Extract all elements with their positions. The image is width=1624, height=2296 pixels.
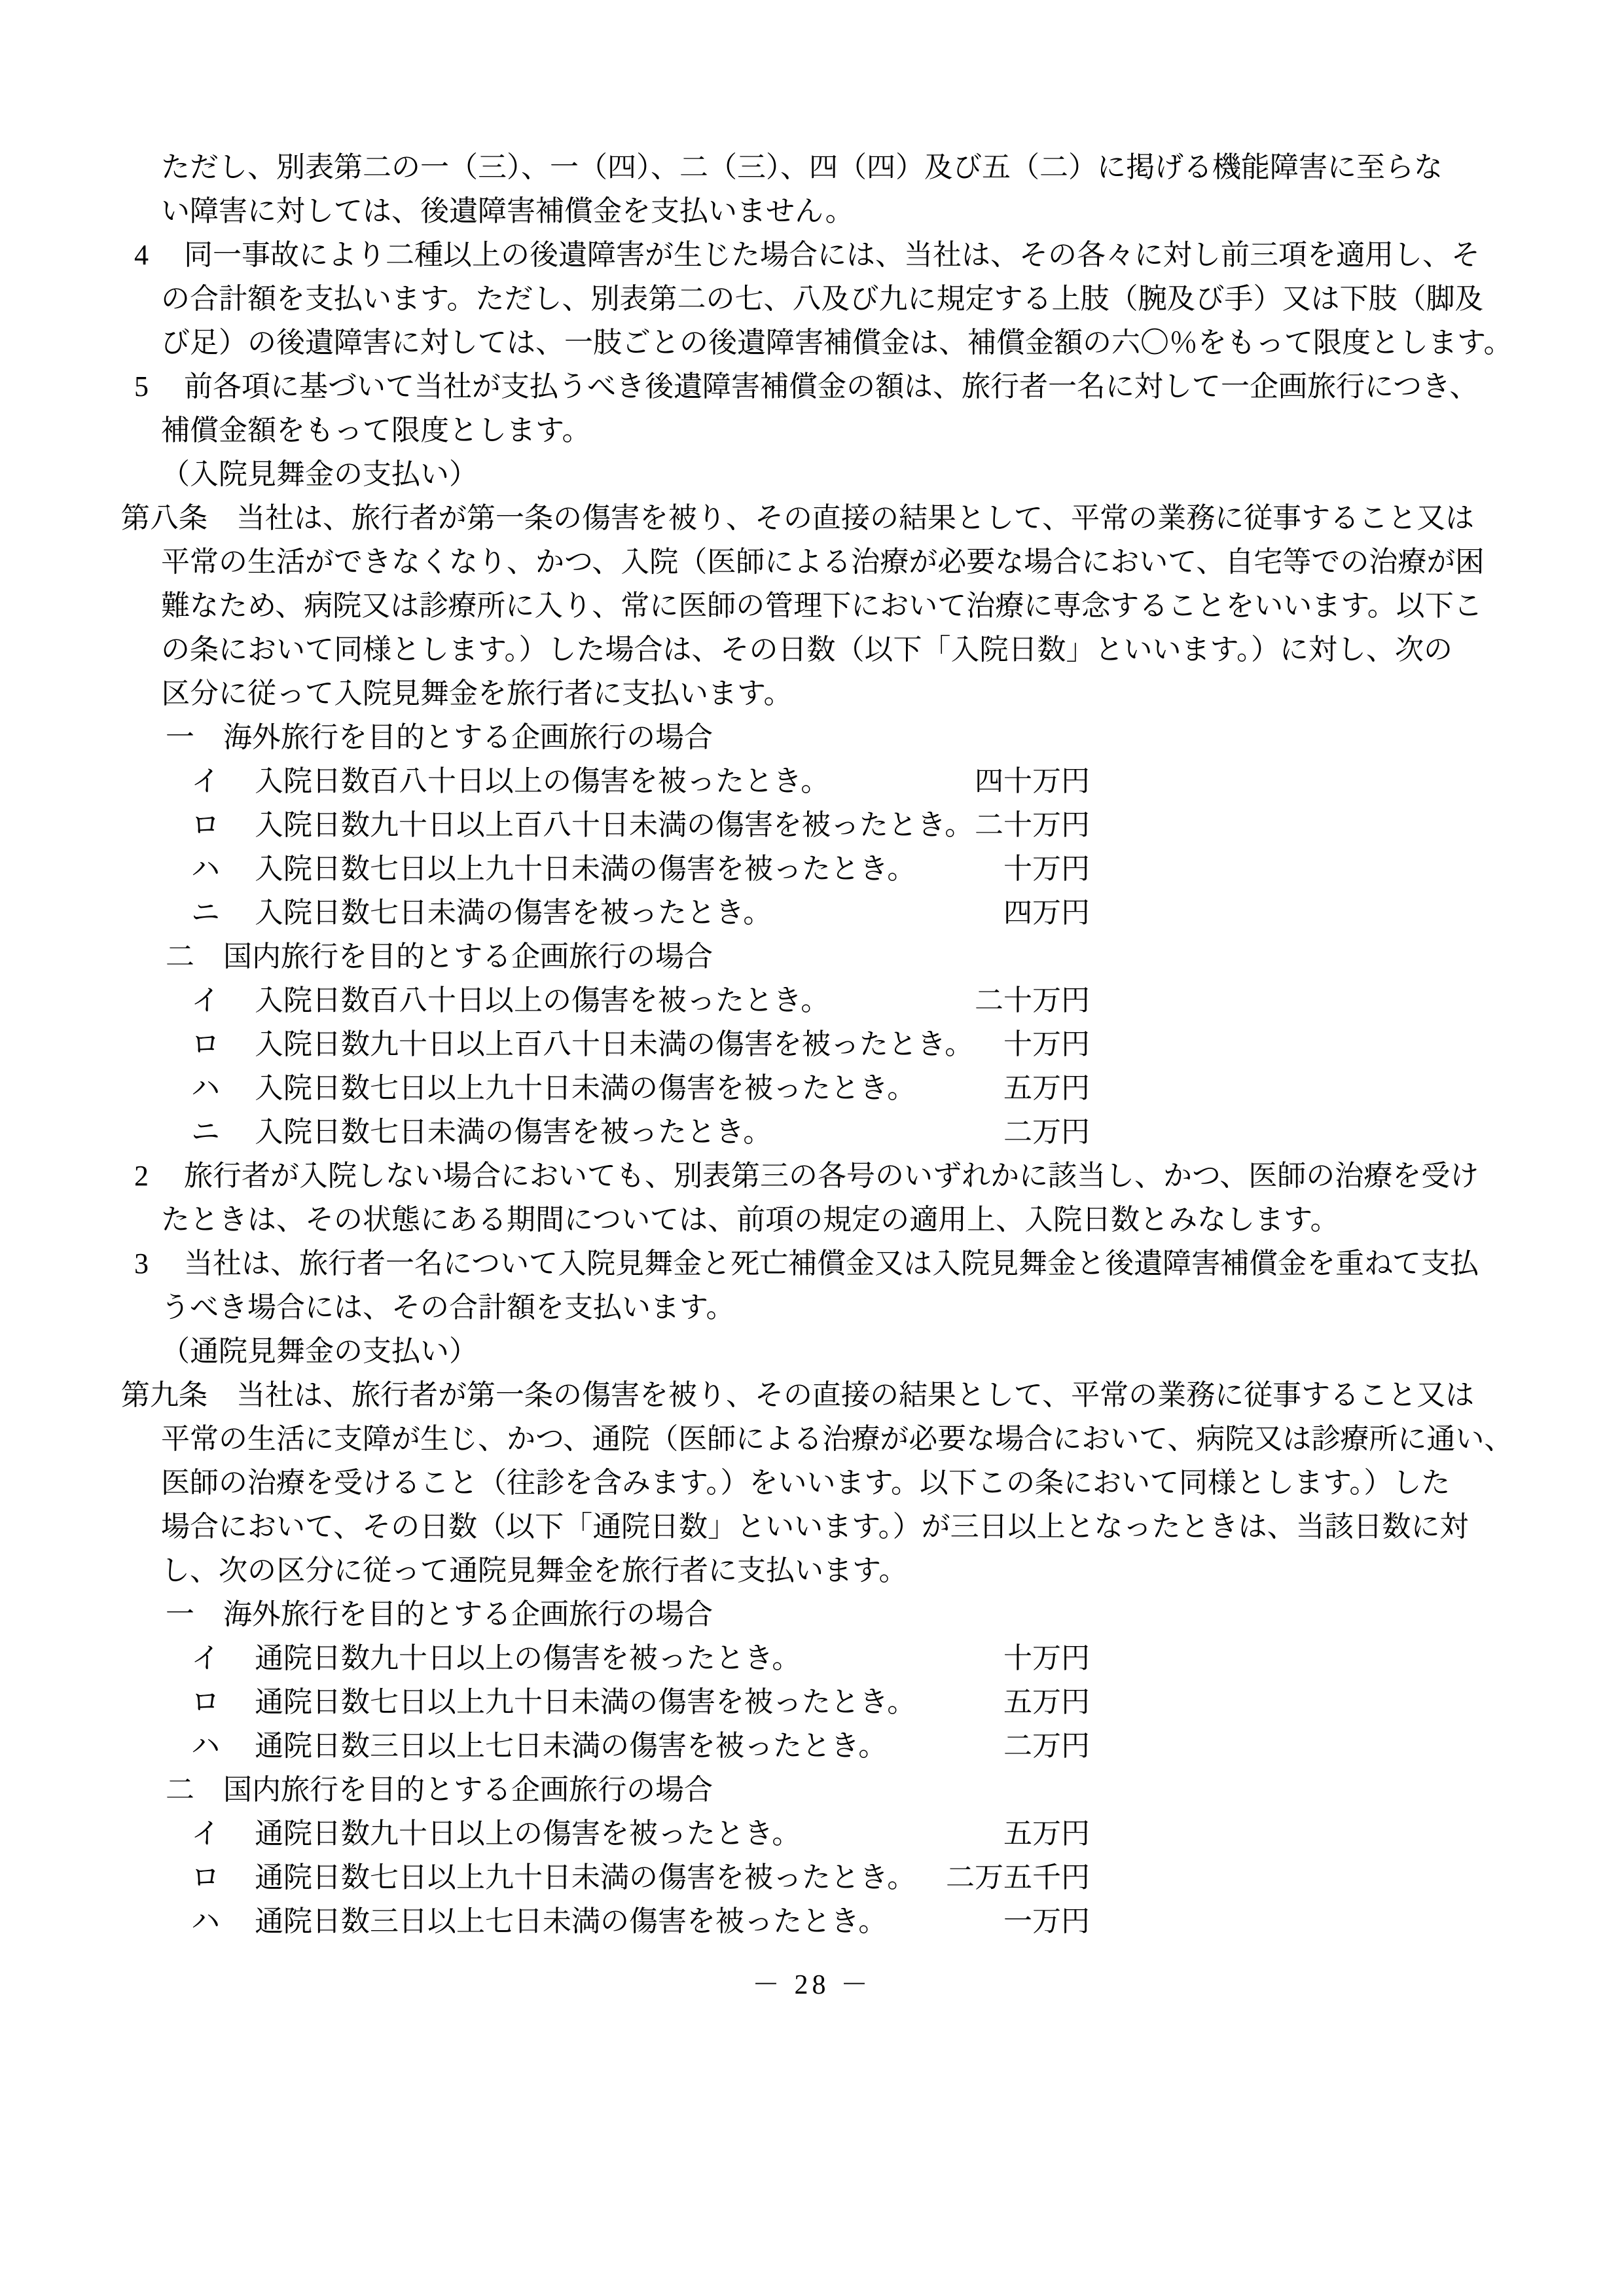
text-line: ロ入院日数九十日以上百八十日未満の傷害を被ったとき。十万円 [191,1022,1090,1066]
text-line: 一海外旅行を目的とする企画旅行の場合 [121,715,1502,759]
text-line: ハ通院日数三日以上七日未満の傷害を被ったとき。二万円 [191,1724,1090,1768]
paragraph-number: 4 [121,233,184,277]
document-page: ただし、別表第二の一（三）、一（四）、二（三）、四（四）及び五（二）に掲げる機能… [0,0,1624,2296]
amount-value: 五万円 [1003,1066,1090,1110]
line-text: 通院日数三日以上七日未満の傷害を被ったとき。 [255,1899,887,1943]
line-text: うべき場合には、その合計額を支払います。 [161,1291,734,1323]
line-text: び足）の後遺障害に対しては、一肢ごとの後遺障害補償金は、補償金額の六〇％をもって… [161,327,1512,359]
text-line: ロ入院日数九十日以上百八十日未満の傷害を被ったとき。二十万円 [191,803,1090,847]
item-letter: イ [191,759,255,803]
amount-value: 四十万円 [975,759,1090,803]
text-line: 3当社は、旅行者一名について入院見舞金と死亡補償金又は入院見舞金と後遺障害補償金… [121,1242,1502,1285]
text-line: 補償金額をもって限度とします。 [121,408,1502,452]
amount-value: 二十万円 [975,803,1090,847]
line-text: 通院日数七日以上九十日未満の傷害を被ったとき。 [255,1680,916,1724]
item-letter: ニ [191,1110,255,1154]
text-line: （通院見舞金の支払い） [121,1329,1502,1373]
text-line: 平常の生活ができなくなり、かつ、入院（医師による治療が必要な場合において、自宅等… [121,540,1502,584]
item-letter: イ [191,978,255,1022]
line-text: い障害に対しては、後遺障害補償金を支払いません。 [161,195,854,227]
text-line: イ通院日数九十日以上の傷害を被ったとき。五万円 [191,1812,1090,1856]
text-line: 二国内旅行を目的とする企画旅行の場合 [121,1768,1502,1812]
item-letter: ロ [191,1680,255,1724]
text-line: 場合において、その日数（以下「通院日数」といいます。）が三日以上となったときは、… [121,1505,1502,1549]
line-text: 当社は、旅行者が第一条の傷害を被り、その直接の結果として、平常の業務に従事するこ… [236,1379,1474,1411]
text-line: たときは、その状態にある期間については、前項の規定の適用上、入院日数とみなします… [121,1198,1502,1242]
text-line: ニ入院日数七日未満の傷害を被ったとき。二万円 [191,1110,1090,1154]
text-line: イ通院日数九十日以上の傷害を被ったとき。十万円 [191,1636,1090,1680]
document-body: ただし、別表第二の一（三）、一（四）、二（三）、四（四）及び五（二）に掲げる機能… [121,145,1502,1943]
article-number: 第九条 [121,1373,208,1417]
line-text: （入院見舞金の支払い） [161,458,478,490]
line-text: 通院日数七日以上九十日未満の傷害を被ったとき。 [255,1856,916,1899]
line-text: 通院日数九十日以上の傷害を被ったとき。 [255,1636,801,1680]
text-line: い障害に対しては、後遺障害補償金を支払いません。 [121,189,1502,233]
item-letter: ニ [191,891,255,935]
line-text: ただし、別表第二の一（三）、一（四）、二（三）、四（四）及び五（二）に掲げる機能… [161,151,1443,183]
item-letter: ハ [191,1899,255,1943]
text-line: ロ通院日数七日以上九十日未満の傷害を被ったとき。二万五千円 [191,1856,1090,1899]
text-line: ニ入院日数七日未満の傷害を被ったとき。四万円 [191,891,1090,935]
line-text: の合計額を支払います。ただし、別表第二の七、八及び九に規定する上肢（腕及び手）又… [161,283,1483,315]
line-text: 補償金額をもって限度とします。 [161,414,590,446]
amount-value: 一万円 [1003,1899,1090,1943]
page-footer: － 28 － [0,1969,1624,2001]
line-text: 入院日数百八十日以上の傷害を被ったとき。 [255,978,829,1022]
text-line: ハ入院日数七日以上九十日未満の傷害を被ったとき。五万円 [191,1066,1090,1110]
amount-value: 十万円 [1003,1636,1090,1680]
amount-value: 四万円 [1003,891,1090,935]
item-letter: ハ [191,1724,255,1768]
line-text: 場合において、その日数（以下「通院日数」といいます。）が三日以上となったときは、… [161,1511,1469,1543]
item-number: 一 [166,1598,194,1630]
line-text: 国内旅行を目的とする企画旅行の場合 [223,1774,713,1806]
paragraph-number: 3 [121,1242,184,1285]
line-text: （通院見舞金の支払い） [161,1335,478,1367]
line-text: 平常の生活に支障が生じ、かつ、通院（医師による治療が必要な場合において、病院又は… [161,1423,1513,1455]
text-line: 区分に従って入院見舞金を旅行者に支払います。 [121,672,1502,715]
text-line: の合計額を支払います。ただし、別表第二の七、八及び九に規定する上肢（腕及び手）又… [121,277,1502,321]
line-text: 海外旅行を目的とする企画旅行の場合 [223,721,713,753]
item-letter: ロ [191,803,255,847]
amount-value: 十万円 [1003,1022,1090,1066]
amount-value: 十万円 [1003,847,1090,891]
text-line: し、次の区分に従って通院見舞金を旅行者に支払います。 [121,1549,1502,1592]
line-text: 難なため、病院又は診療所に入り、常に医師の管理下において治療に専念することをいい… [161,590,1483,622]
text-line: 平常の生活に支障が生じ、かつ、通院（医師による治療が必要な場合において、病院又は… [121,1417,1502,1461]
text-line: 二国内旅行を目的とする企画旅行の場合 [121,935,1502,978]
text-line: 5前各項に基づいて当社が支払うべき後遺障害補償金の額は、旅行者一名に対して一企画… [121,365,1502,408]
paragraph-number: 2 [121,1154,184,1198]
text-line: ハ入院日数七日以上九十日未満の傷害を被ったとき。十万円 [191,847,1090,891]
text-line: ハ通院日数三日以上七日未満の傷害を被ったとき。一万円 [191,1899,1090,1943]
line-text: 区分に従って入院見舞金を旅行者に支払います。 [161,677,792,709]
text-line: 4同一事故により二種以上の後遺障害が生じた場合には、当社は、その各々に対し前三項… [121,233,1502,277]
line-text: 入院日数百八十日以上の傷害を被ったとき。 [255,759,829,803]
line-text: 平常の生活ができなくなり、かつ、入院（医師による治療が必要な場合において、自宅等… [161,546,1484,578]
line-text: 旅行者が入院しない場合においても、別表第三の各号のいずれかに該当し、かつ、医師の… [184,1160,1479,1192]
line-text: 同一事故により二種以上の後遺障害が生じた場合には、当社は、その各々に対し前三項を… [184,239,1480,271]
item-letter: イ [191,1812,255,1856]
item-letter: ハ [191,847,255,891]
text-line: 第八条当社は、旅行者が第一条の傷害を被り、その直接の結果として、平常の業務に従事… [121,496,1502,540]
text-line: 第九条当社は、旅行者が第一条の傷害を被り、その直接の結果として、平常の業務に従事… [121,1373,1502,1417]
amount-value: 二万円 [1003,1724,1090,1768]
line-text: 海外旅行を目的とする企画旅行の場合 [223,1598,713,1630]
line-text: 入院日数七日未満の傷害を被ったとき。 [255,1110,772,1154]
line-text: の条において同様とします。）した場合は、その日数（以下「入院日数」といいます。）… [161,634,1453,666]
item-number: 一 [166,721,194,753]
item-letter: ロ [191,1022,255,1066]
amount-value: 二十万円 [975,978,1090,1022]
line-text: 国内旅行を目的とする企画旅行の場合 [223,941,713,973]
line-text: 入院日数七日未満の傷害を被ったとき。 [255,891,772,935]
text-line: び足）の後遺障害に対しては、一肢ごとの後遺障害補償金は、補償金額の六〇％をもって… [121,321,1502,365]
item-letter: ハ [191,1066,255,1110]
amount-value: 五万円 [1003,1812,1090,1856]
text-line: 難なため、病院又は診療所に入り、常に医師の管理下において治療に専念することをいい… [121,584,1502,628]
text-line: （入院見舞金の支払い） [121,452,1502,496]
line-text: 入院日数七日以上九十日未満の傷害を被ったとき。 [255,847,916,891]
item-number: 二 [166,941,194,973]
text-line: うべき場合には、その合計額を支払います。 [121,1285,1502,1329]
text-line: 2旅行者が入院しない場合においても、別表第三の各号のいずれかに該当し、かつ、医師… [121,1154,1502,1198]
page-number: － 28 － [752,1970,872,2000]
item-letter: イ [191,1636,255,1680]
item-number: 二 [166,1774,194,1806]
text-line: ロ通院日数七日以上九十日未満の傷害を被ったとき。五万円 [191,1680,1090,1724]
line-text: 前各項に基づいて当社が支払うべき後遺障害補償金の額は、旅行者一名に対して一企画旅… [184,370,1478,403]
item-letter: ロ [191,1856,255,1899]
text-line: イ入院日数百八十日以上の傷害を被ったとき。四十万円 [191,759,1090,803]
amount-value: 二万円 [1003,1110,1090,1154]
line-text: 当社は、旅行者一名について入院見舞金と死亡補償金又は入院見舞金と後遺障害補償金を… [184,1247,1479,1280]
text-line: 医師の治療を受けること（往診を含みます。）をいいます。以下この条において同様とし… [121,1461,1502,1505]
article-number: 第八条 [121,496,208,540]
line-text: 当社は、旅行者が第一条の傷害を被り、その直接の結果として、平常の業務に従事するこ… [236,502,1474,534]
line-text: 入院日数七日以上九十日未満の傷害を被ったとき。 [255,1066,916,1110]
text-line: ただし、別表第二の一（三）、一（四）、二（三）、四（四）及び五（二）に掲げる機能… [121,145,1502,189]
line-text: 通院日数三日以上七日未満の傷害を被ったとき。 [255,1724,887,1768]
line-text: 通院日数九十日以上の傷害を被ったとき。 [255,1812,801,1856]
line-text: し、次の区分に従って通院見舞金を旅行者に支払います。 [161,1554,907,1587]
amount-value: 二万五千円 [946,1856,1090,1899]
text-line: の条において同様とします。）した場合は、その日数（以下「入院日数」といいます。）… [121,628,1502,672]
amount-value: 五万円 [1003,1680,1090,1724]
text-line: イ入院日数百八十日以上の傷害を被ったとき。二十万円 [191,978,1090,1022]
text-line: 一海外旅行を目的とする企画旅行の場合 [121,1592,1502,1636]
paragraph-number: 5 [121,365,184,408]
line-text: 入院日数九十日以上百八十日未満の傷害を被ったとき。 [255,803,973,847]
line-text: 入院日数九十日以上百八十日未満の傷害を被ったとき。 [255,1022,973,1066]
line-text: 医師の治療を受けること（往診を含みます。）をいいます。以下この条において同様とし… [161,1467,1450,1499]
line-text: たときは、その状態にある期間については、前項の規定の適用上、入院日数とみなします… [161,1204,1339,1236]
